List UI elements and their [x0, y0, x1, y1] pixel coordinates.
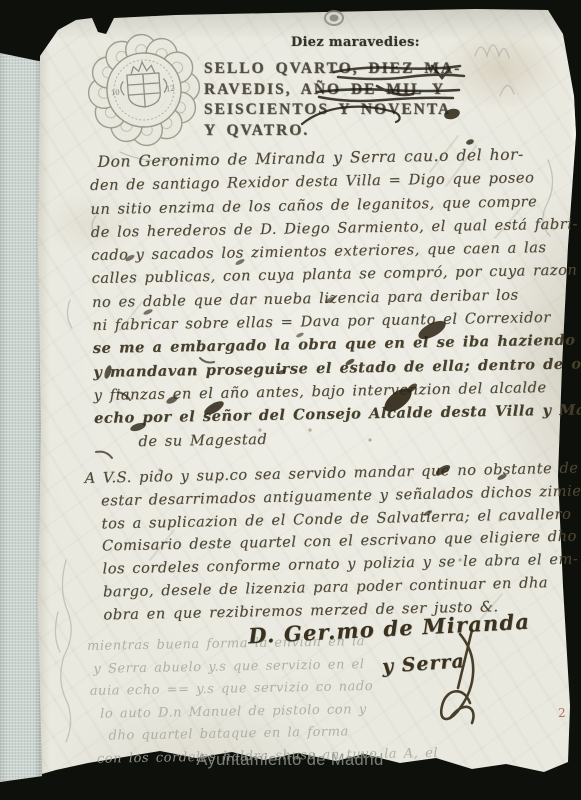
manuscript-paragraph-2: A V.S. pido y sup.co sea servido mandar …	[84, 458, 553, 627]
folio-number: 2	[558, 706, 566, 720]
book-binding-edge	[0, 53, 42, 782]
printed-seal-title: SELLO QVARTO, DIEZ MA-RAVEDIS, AÑO DE MI…	[204, 59, 524, 141]
manuscript-paragraph-1: Don Geronimo de Miranda y Serra cau.o de…	[89, 143, 554, 454]
manuscript-scan-page: 10 12 Diez maravedies: SELLO QVARTO, DIE…	[0, 0, 581, 800]
printed-title-line: RAVEDIS, AÑO DE MIL Y	[204, 80, 524, 101]
printed-title-line: SEISCIENTOS Y NOVENTA	[204, 100, 524, 121]
printed-title-line: SELLO QVARTO, DIEZ MA-	[204, 59, 524, 80]
archive-watermark: Ayuntamiento de Madrid	[150, 751, 430, 770]
bleedthrough-text: mientras buena forma la envian en lay Se…	[87, 628, 541, 771]
tax-value-stamp-text: Diez maravedies:	[291, 35, 420, 50]
printed-title-line: Y QVATRO.	[204, 121, 524, 142]
